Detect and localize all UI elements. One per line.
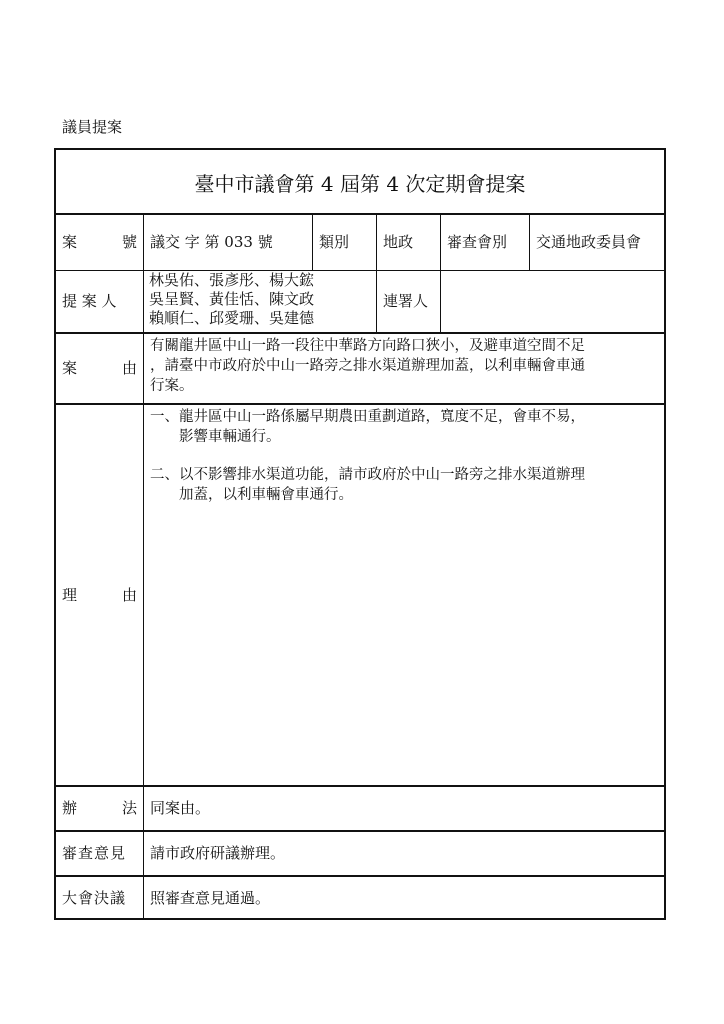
proposal-title: 臺中市議會第 4 屆第 4 次定期會提案 <box>56 150 664 215</box>
item-number: 二、 <box>150 465 179 505</box>
label-part: 由 <box>122 359 137 377</box>
reason-item: 一、 龍井區中山一路係屬早期農田重劃道路，寬度不足，會車不易， 影響車輛通行。 <box>150 407 659 447</box>
proposer-names: 林吳佑、張彥彤、楊大鋐 吳呈賢、黃佳恬、陳文政 賴順仁、邱愛珊、吳建德 <box>146 271 376 331</box>
review-value: 請市政府研議辦理。 <box>144 831 665 875</box>
reason-line: 影響車輛通行。 <box>179 427 659 447</box>
reason-line: 龍井區中山一路係屬早期農田重劃道路，寬度不足，會車不易， <box>179 407 659 427</box>
cosigner-value <box>441 270 665 332</box>
subject-line: 有關龍井區中山一路一段往中華路方向路口狹小，及避車道空間不足 <box>150 336 659 356</box>
label-part: 理 <box>62 586 77 604</box>
subject-line: 行案。 <box>150 376 659 396</box>
category-value: 地政 <box>377 213 440 270</box>
resolution-label: 大會決議 <box>56 876 143 920</box>
method-value: 同案由。 <box>144 786 665 830</box>
reason-text: 一、 龍井區中山一路係屬早期農田重劃道路，寬度不足，會車不易， 影響車輛通行。 … <box>144 405 665 783</box>
proposer-line: 吳呈賢、黃佳恬、陳文政 <box>149 290 376 309</box>
subject-label: 案 由 <box>56 333 143 403</box>
case-no-value: 議交 字 第 033 號 <box>144 213 312 270</box>
subject-text: 有關龍井區中山一路一段往中華路方向路口狹小，及避車道空間不足 ，請臺中市政府於中… <box>144 334 665 402</box>
review-label: 審查意見 <box>56 831 143 875</box>
method-label: 辦 法 <box>56 786 143 830</box>
label-part: 由 <box>122 586 137 604</box>
label-part: 案 <box>62 359 77 377</box>
label-part: 案 <box>62 233 77 251</box>
proposer-line: 賴順仁、邱愛珊、吳建德 <box>149 309 376 328</box>
reason-line: 加蓋，以利車輛會車通行。 <box>179 485 659 505</box>
label-part: 辦 <box>62 799 77 817</box>
reason-item: 二、 以不影響排水渠道功能，請市政府於中山一路旁之排水渠道辦理 加蓋，以利車輛會… <box>150 465 659 505</box>
reason-line: 以不影響排水渠道功能，請市政府於中山一路旁之排水渠道辦理 <box>179 465 659 485</box>
document-caption: 議員提案 <box>62 116 122 137</box>
proposal-table: 臺中市議會第 4 屆第 4 次定期會提案 案 號 議交 字 第 033 號 類別… <box>54 148 666 920</box>
label-part: 法 <box>122 799 137 817</box>
label-part: 號 <box>122 233 137 251</box>
subject-line: ，請臺中市政府於中山一路旁之排水渠道辦理加蓋，以利車輛會車通 <box>150 356 659 376</box>
category-label: 類別 <box>313 213 376 270</box>
committee-value: 交通地政委員會 <box>530 213 665 270</box>
case-no-label: 案 號 <box>56 213 143 270</box>
item-number: 一、 <box>150 407 179 447</box>
proposer-line: 林吳佑、張彥彤、楊大鋐 <box>149 271 376 290</box>
resolution-value: 照審查意見通過。 <box>144 876 665 920</box>
proposer-label: 提 案 人 <box>56 270 143 332</box>
committee-label: 審查會別 <box>441 213 529 270</box>
cosigner-label: 連署人 <box>377 270 440 332</box>
reason-label: 理 由 <box>56 404 143 785</box>
